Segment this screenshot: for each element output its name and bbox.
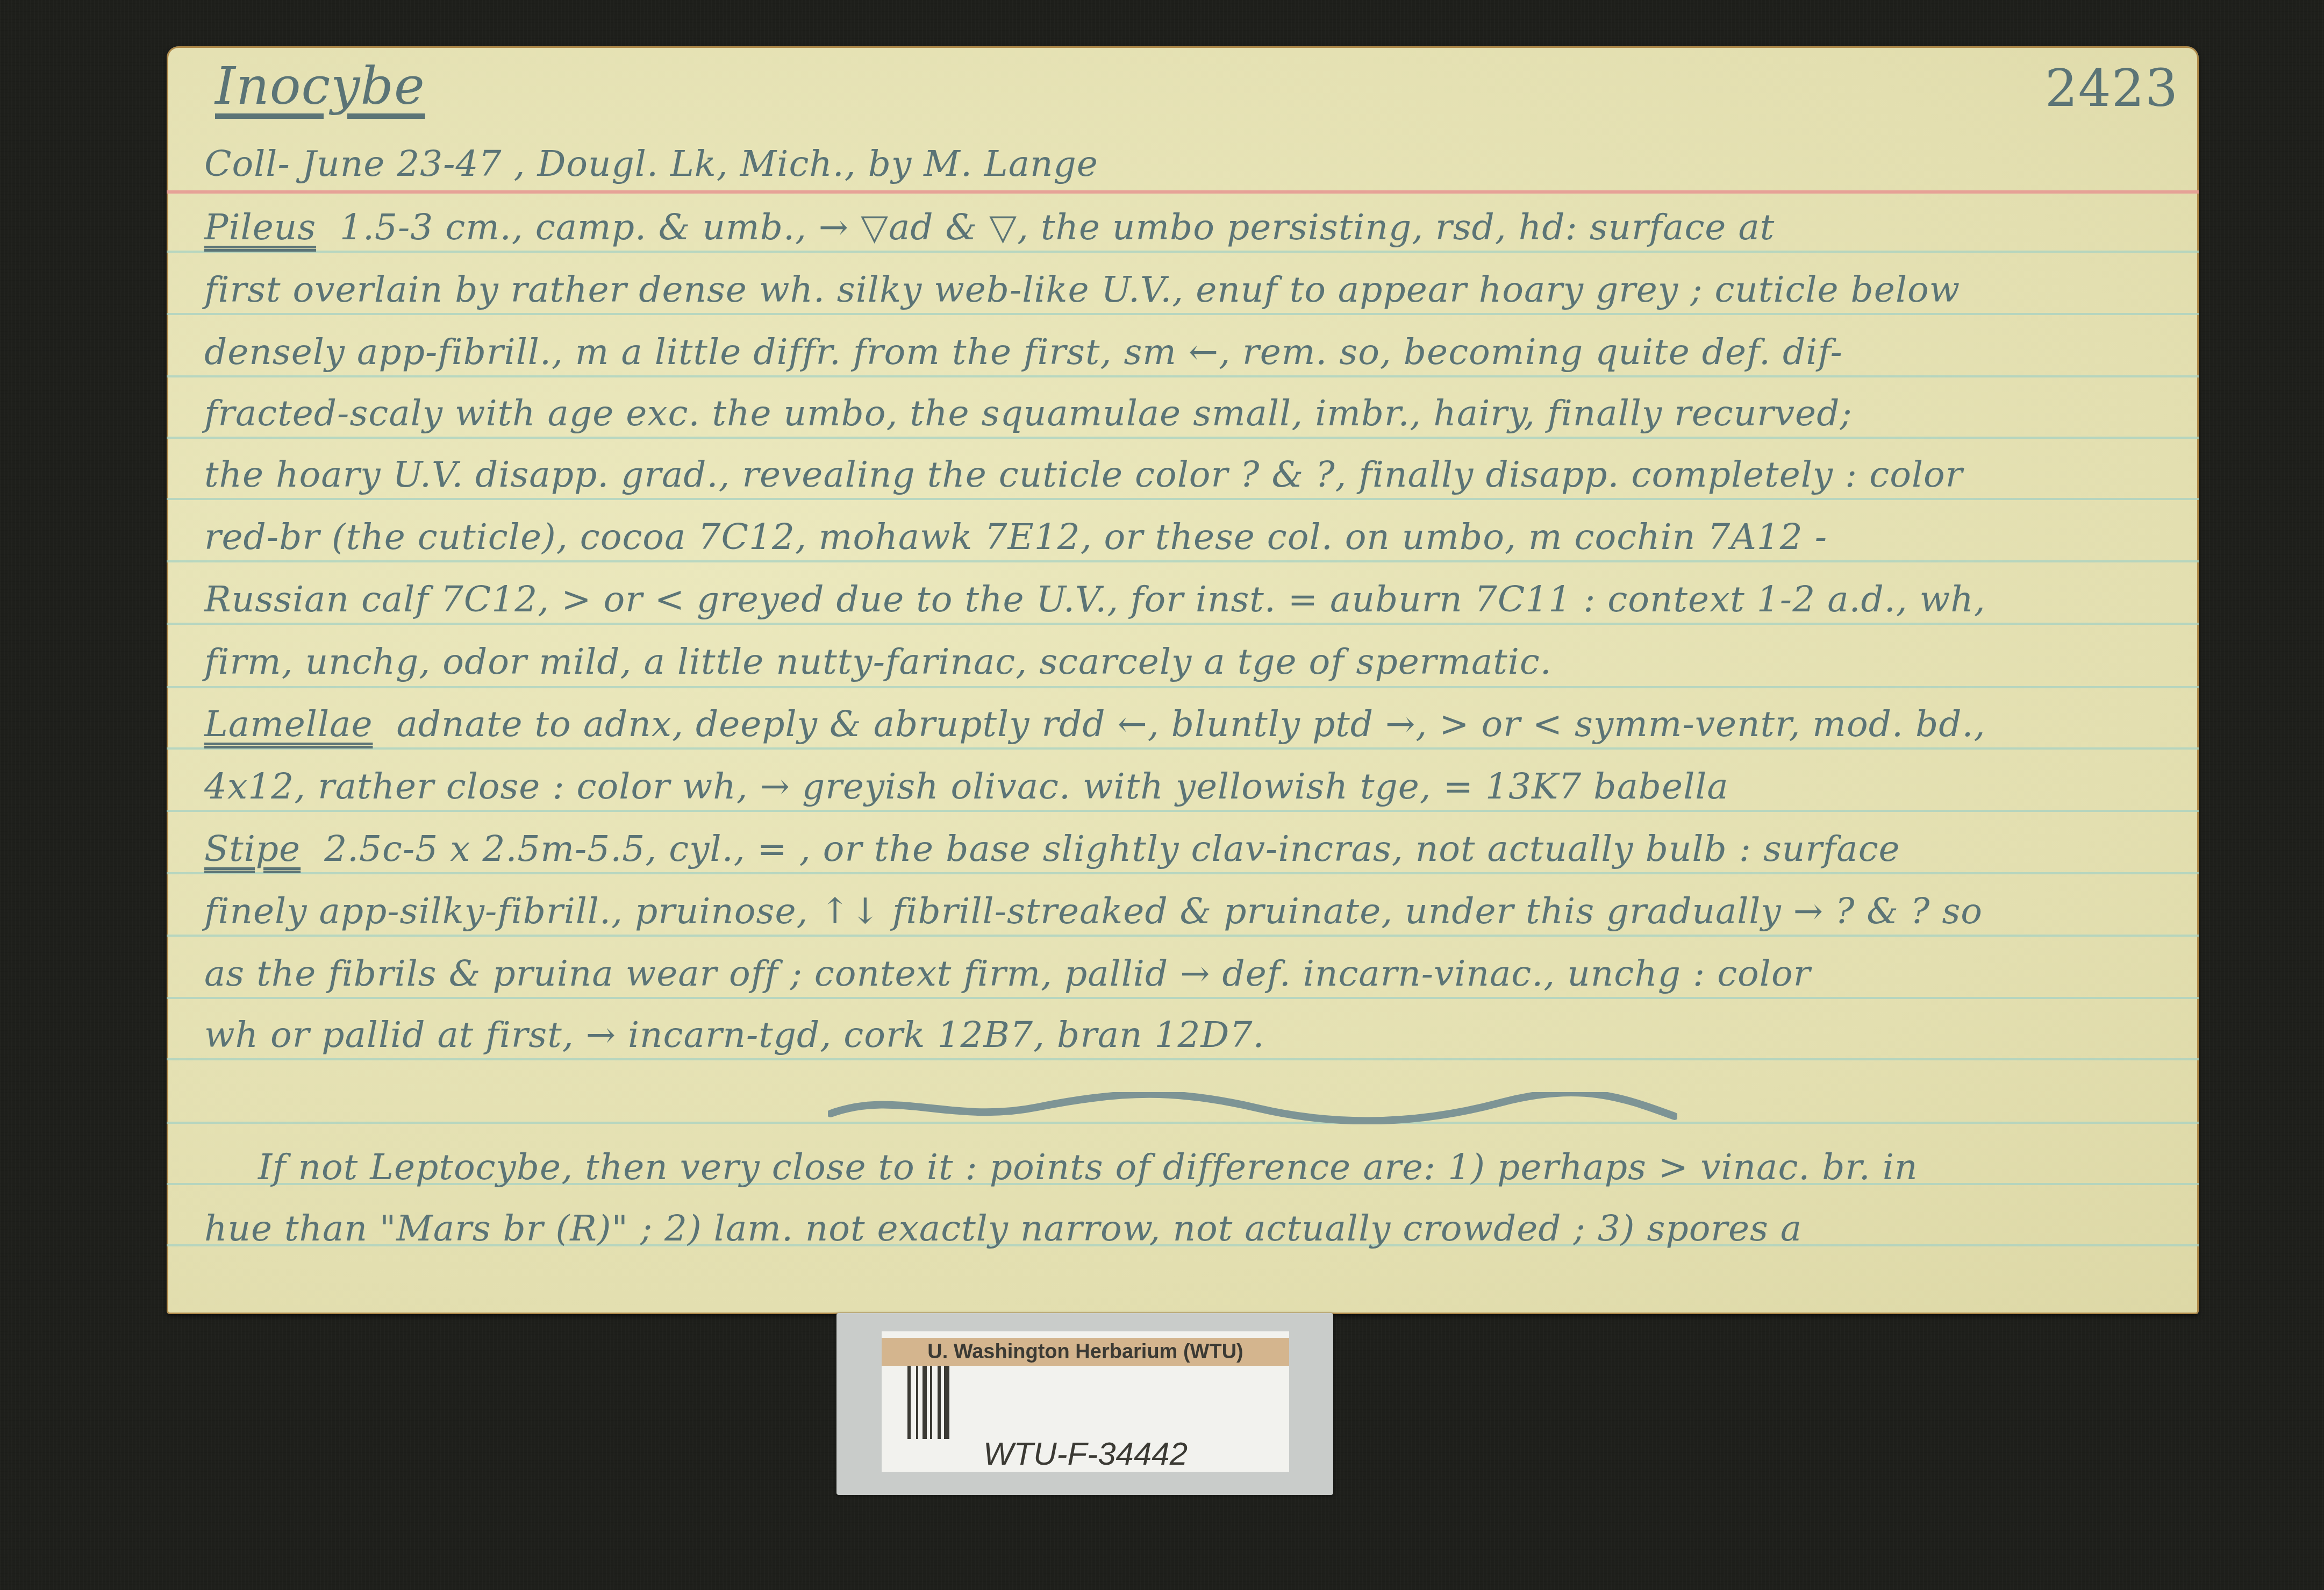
- ruled-line: [167, 251, 2199, 253]
- genus-name: Inocybe: [215, 56, 425, 116]
- ruled-line: [167, 810, 2199, 812]
- pileus-line-7: Russian calf 7C12, > or < greyed due to …: [204, 579, 1986, 620]
- ruled-line: [167, 498, 2199, 500]
- lamellae-line-1: Lamellae adnate to adnx, deeply & abrupt…: [204, 703, 1985, 745]
- lamellae-heading: Lamellae: [204, 703, 373, 745]
- ruled-line: [167, 872, 2199, 874]
- ruled-line: [167, 747, 2199, 750]
- ruled-line: [167, 997, 2199, 999]
- ruled-line: [167, 935, 2199, 937]
- wavy-divider: [828, 1092, 1677, 1124]
- stipe-line-3: as the fibrils & pruina wear off ; conte…: [204, 953, 1811, 994]
- header-red-rule: [167, 190, 2199, 194]
- pileus-line-4: fracted-scaly with age exc. the umbo, th…: [204, 393, 1853, 434]
- stipe-line-2: finely app-silky-fibrill., pruinose, ↑↓ …: [204, 890, 1983, 932]
- card-number: 2423: [2045, 58, 2178, 118]
- remarks-line-2: hue than "Mars br (R)" ; 2) lam. not exa…: [204, 1208, 1802, 1249]
- pileus-line-3: densely app-fibrill., m a little diffr. …: [204, 331, 1843, 373]
- ruled-line: [167, 623, 2199, 625]
- pileus-line-1: Pileus 1.5-3 cm., camp. & umb., → ▽ad & …: [204, 206, 1775, 248]
- ruled-line: [167, 686, 2199, 688]
- stipe-line-4: wh or pallid at first, → incarn-tgd, cor…: [204, 1014, 1264, 1056]
- specimen-barcode-label: U. Washington Herbarium (WTU) WTU-F-344: [836, 1313, 1333, 1495]
- institution-name: U. Washington Herbarium (WTU): [882, 1338, 1289, 1366]
- catalog-number: WTU-F-34442: [882, 1437, 1289, 1471]
- label-face: U. Washington Herbarium (WTU) WTU-F-344: [882, 1331, 1289, 1472]
- stipe-line-1: Stipe 2.5c-5 x 2.5m-5.5, cyl., = , or th…: [204, 828, 1900, 869]
- ruled-line: [167, 313, 2199, 315]
- pileus-line-8: firm, unchg, odor mild, a little nutty-f…: [204, 641, 1552, 682]
- barcode: [907, 1366, 1262, 1439]
- ruled-line: [167, 1058, 2199, 1060]
- stipe-heading: Stipe: [204, 828, 301, 869]
- pileus-line-2: first overlain by rather dense wh. silky…: [204, 269, 1960, 310]
- pileus-line-6: red-br (the cuticle), cocoa 7C12, mohawk…: [204, 516, 1827, 558]
- ruled-line: [167, 375, 2199, 377]
- ruled-line: [167, 560, 2199, 562]
- collection-line: Coll- June 23-47 , Dougl. Lk, Mich., by …: [204, 143, 1098, 184]
- pileus-line-5: the hoary U.V. disapp. grad., revealing …: [204, 454, 1963, 495]
- pileus-heading: Pileus: [204, 206, 316, 248]
- lamellae-line-2: 4x12, rather close : color wh, → greyish…: [204, 766, 1729, 807]
- ruled-line: [167, 437, 2199, 439]
- herbarium-index-card: Inocybe 2423 Coll- June 23-47 , Dougl. L…: [167, 46, 2199, 1314]
- remarks-line-1: If not Leptocybe, then very close to it …: [258, 1146, 1918, 1188]
